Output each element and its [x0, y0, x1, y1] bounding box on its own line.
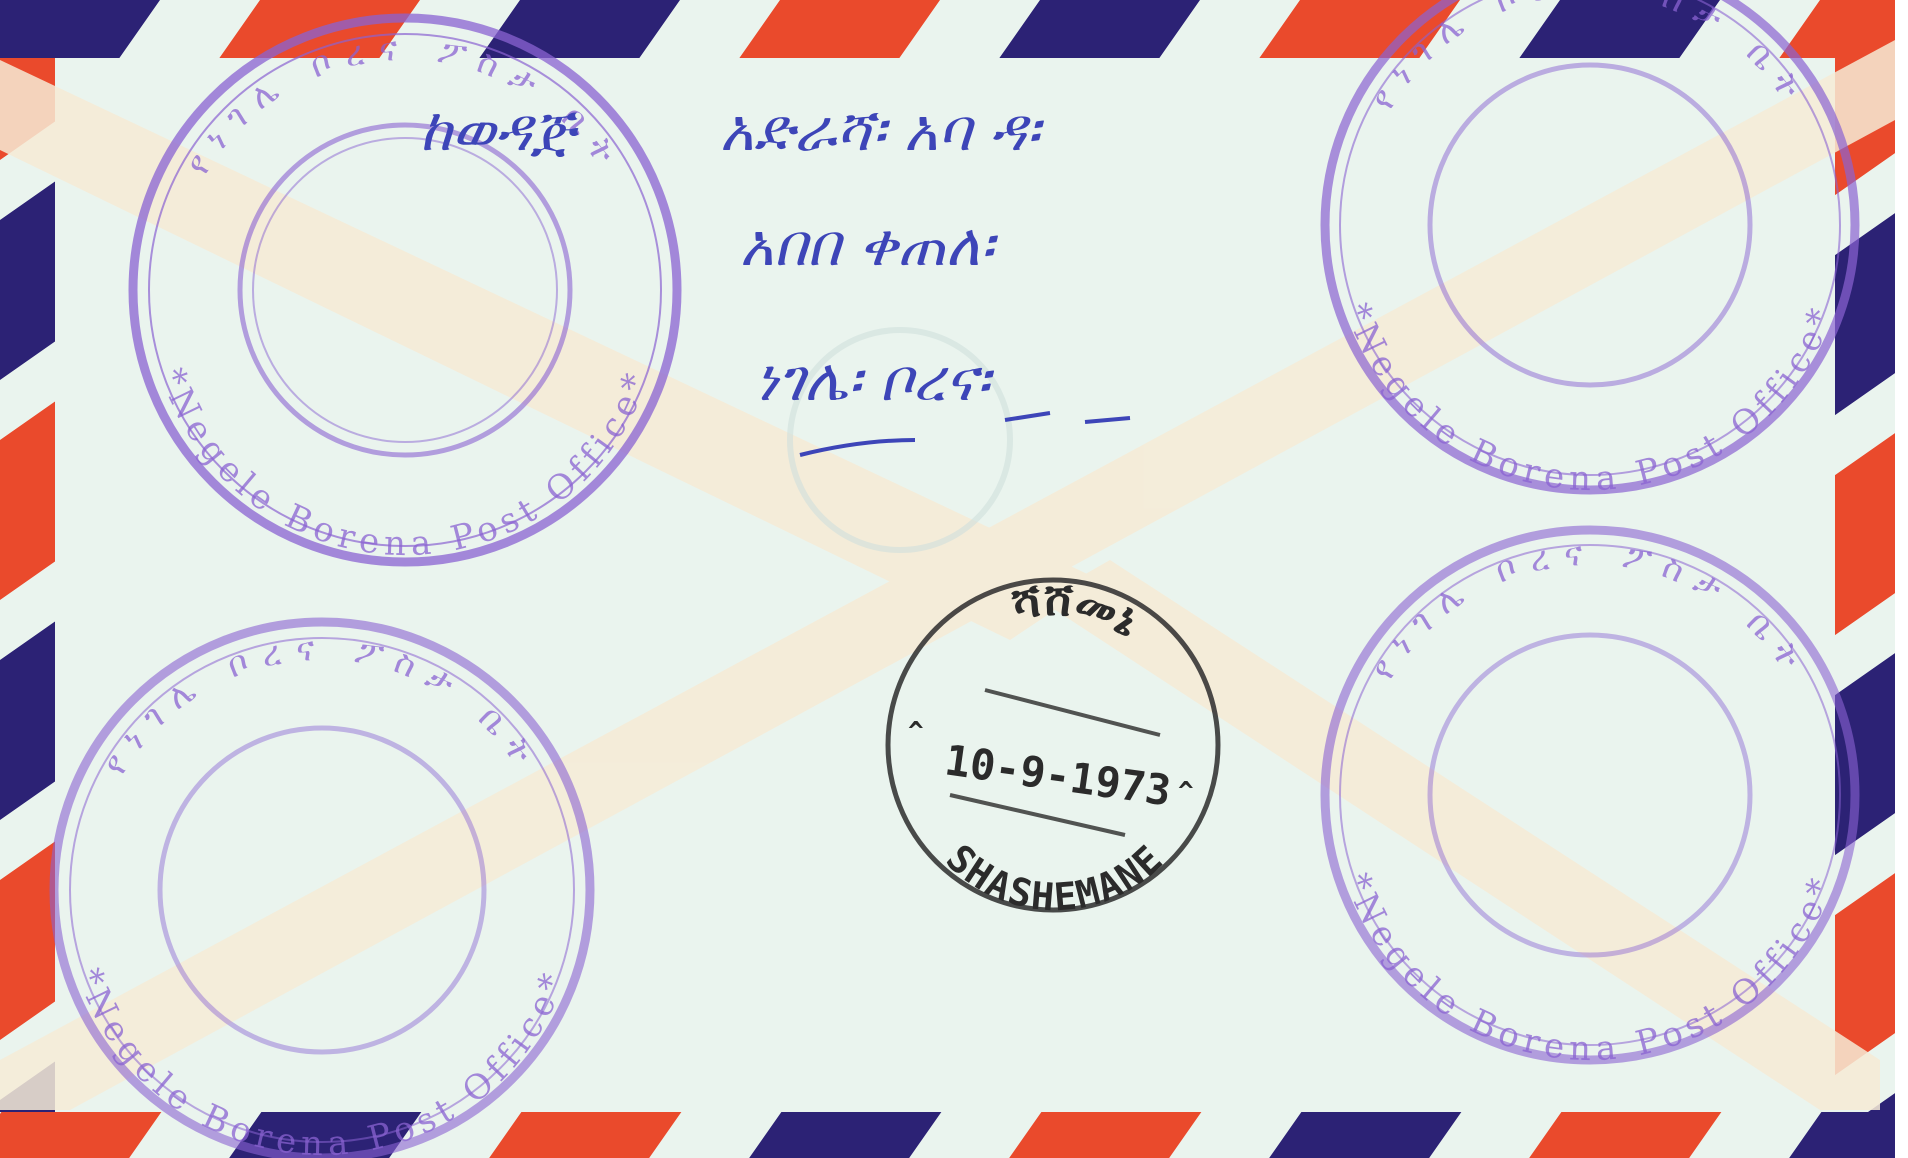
svg-text:አበበ ቀጠለ፡: አበበ ቀጠለ፡ [740, 211, 999, 279]
svg-text:ነገሌ፡ ቦረና፡: ነገሌ፡ ቦረና፡ [755, 346, 995, 414]
svg-text:^: ^ [1178, 777, 1194, 807]
airmail-envelope-back: የነገሌ ቦረና ፖስታ ቤት *Negele Borena Post Offi… [0, 0, 1908, 1158]
svg-text:አድራሻ፡ አባ ዳ፡: አድራሻ፡ አባ ዳ፡ [720, 96, 1045, 164]
svg-text:^: ^ [908, 717, 924, 747]
svg-text:ከወዳጅ: ከወዳጅ [420, 96, 579, 164]
